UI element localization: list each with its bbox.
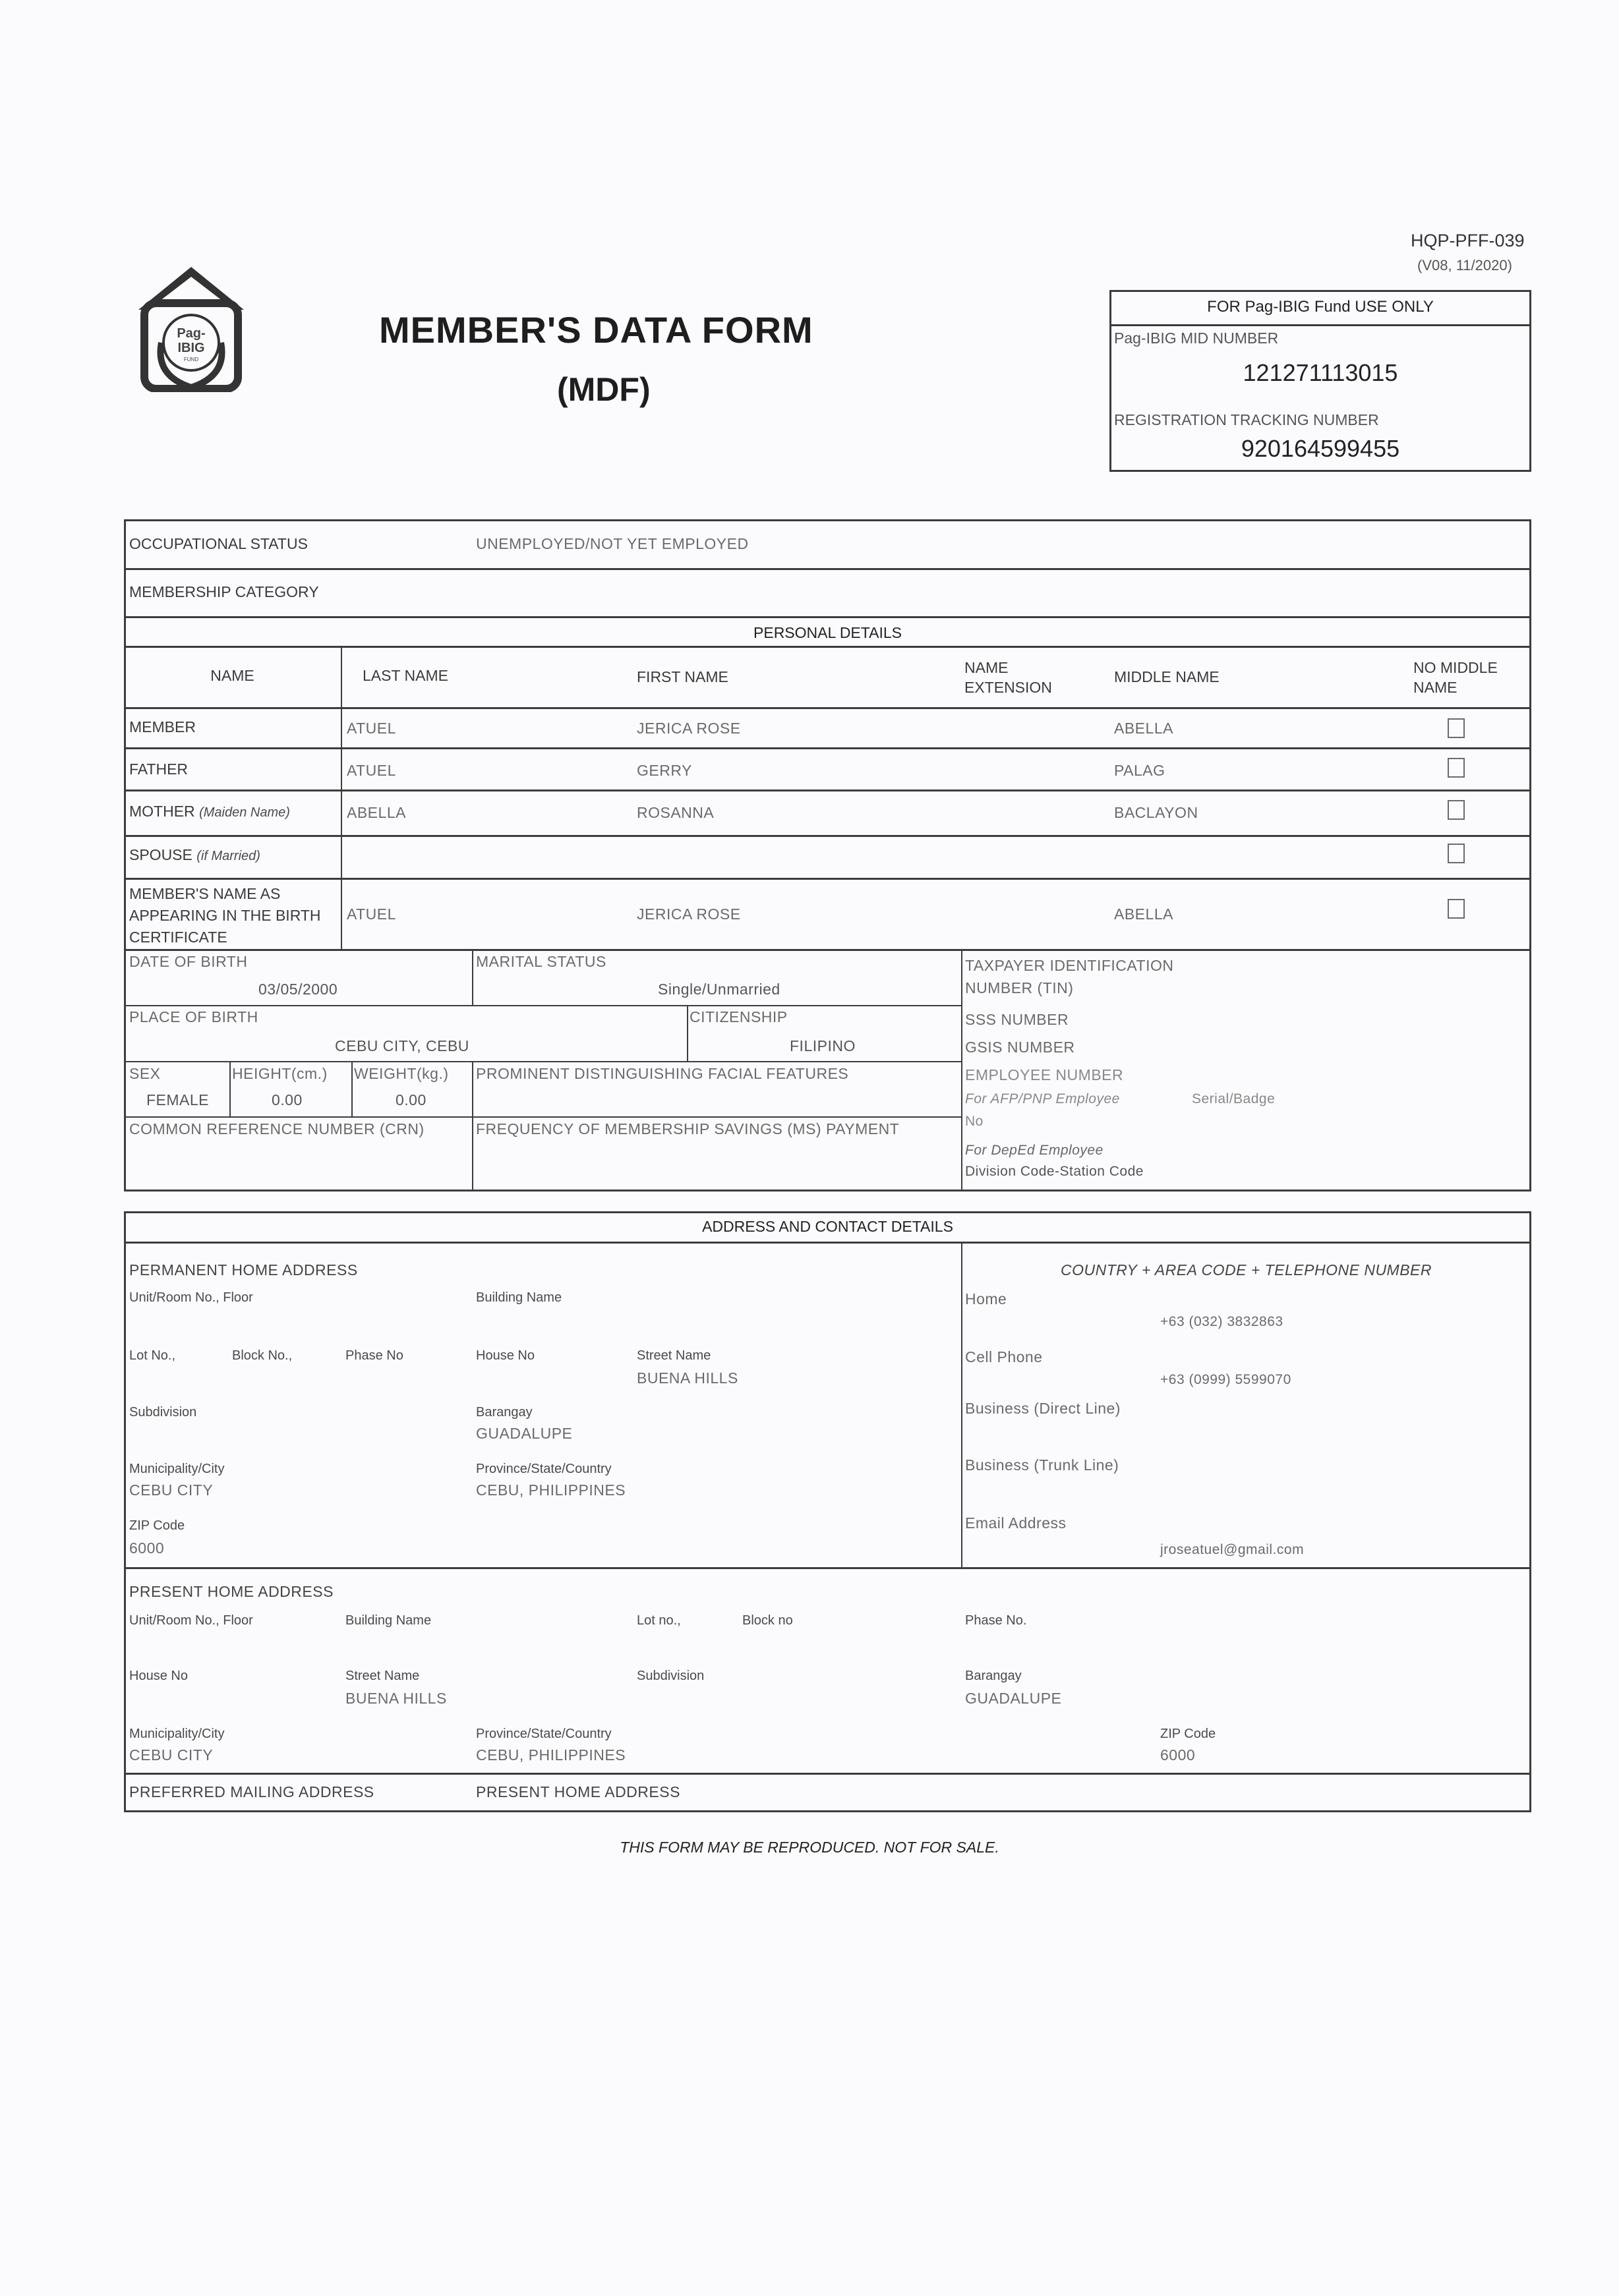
birth-cert-label-3: CERTIFICATE bbox=[129, 927, 321, 948]
father-last-name[interactable]: ATUEL bbox=[347, 762, 396, 780]
personal-details-heading: PERSONAL DETAILS bbox=[124, 624, 1531, 642]
form-title: MEMBER'S DATA FORM bbox=[379, 308, 813, 351]
contact-format-header: COUNTRY + AREA CODE + TELEPHONE NUMBER bbox=[961, 1261, 1531, 1279]
perm-barangay-label: Barangay bbox=[476, 1405, 533, 1420]
member-middle-name[interactable]: ABELLA bbox=[1114, 720, 1173, 737]
facial-features-label: PROMINENT DISTINGUISHING FACIAL FEATURES bbox=[476, 1065, 848, 1083]
svg-text:IBIG: IBIG bbox=[177, 341, 204, 355]
perm-city-value[interactable]: CEBU CITY bbox=[129, 1481, 213, 1499]
divider bbox=[351, 1061, 353, 1116]
perm-block-label: Block No., bbox=[232, 1348, 292, 1363]
col-first-name: FIRST NAME bbox=[637, 668, 728, 686]
pres-subdivision-label: Subdivision bbox=[637, 1669, 704, 1684]
perm-subdivision-label: Subdivision bbox=[129, 1405, 196, 1420]
divider bbox=[961, 1242, 962, 1568]
home-phone-value[interactable]: +63 (032) 3832863 bbox=[1160, 1314, 1283, 1330]
citizenship-value[interactable]: FILIPINO bbox=[790, 1037, 856, 1055]
row-spouse-label: SPOUSE (if Married) bbox=[129, 846, 260, 864]
pres-province-label: Province/State/Country bbox=[476, 1727, 612, 1742]
perm-zip-label: ZIP Code bbox=[129, 1518, 185, 1534]
perm-province-label: Province/State/Country bbox=[476, 1462, 612, 1477]
perm-street-value[interactable]: BUENA HILLS bbox=[637, 1369, 738, 1387]
pres-zip-value[interactable]: 6000 bbox=[1160, 1746, 1195, 1764]
divider bbox=[229, 1061, 231, 1116]
perm-province-value[interactable]: CEBU, PHILIPPINES bbox=[476, 1481, 626, 1499]
pres-house-label: House No bbox=[129, 1669, 188, 1684]
row-father-label: FATHER bbox=[129, 761, 188, 778]
perm-zip-value[interactable]: 6000 bbox=[129, 1539, 164, 1557]
col-last-name: LAST NAME bbox=[363, 667, 448, 685]
height-value[interactable]: 0.00 bbox=[272, 1091, 303, 1109]
present-address-title: PRESENT HOME ADDRESS bbox=[129, 1583, 334, 1601]
mother-first-name[interactable]: ROSANNA bbox=[637, 804, 714, 822]
divider bbox=[124, 949, 1531, 951]
perm-unit-label: Unit/Room No., Floor bbox=[129, 1290, 253, 1306]
personal-section-box bbox=[124, 519, 1531, 1191]
afp-pnp-label: For AFP/PNP Employee bbox=[965, 1091, 1120, 1107]
perm-lot-label: Lot No., bbox=[129, 1348, 175, 1363]
divider bbox=[124, 1567, 1531, 1569]
spouse-no-middle-checkbox[interactable] bbox=[1448, 844, 1465, 863]
pres-building-label: Building Name bbox=[345, 1613, 431, 1628]
spouse-label-note: (if Married) bbox=[196, 849, 260, 863]
row-mother-label: MOTHER (Maiden Name) bbox=[129, 803, 290, 820]
mother-no-middle-checkbox[interactable] bbox=[1448, 800, 1465, 820]
weight-value[interactable]: 0.00 bbox=[396, 1091, 427, 1109]
weight-label: WEIGHT(kg.) bbox=[354, 1065, 449, 1083]
crn-label: COMMON REFERENCE NUMBER (CRN) bbox=[129, 1120, 425, 1138]
perm-city-label: Municipality/City bbox=[129, 1462, 224, 1477]
business-direct-label: Business (Direct Line) bbox=[965, 1400, 1121, 1418]
divider bbox=[687, 1005, 688, 1061]
perm-house-label: House No bbox=[476, 1348, 535, 1363]
membership-category-label: MEMBERSHIP CATEGORY bbox=[129, 583, 319, 601]
pres-lot-label: Lot no., bbox=[637, 1613, 681, 1628]
email-label: Email Address bbox=[965, 1514, 1067, 1532]
divider bbox=[124, 1773, 1531, 1775]
divider bbox=[124, 1005, 961, 1006]
perm-barangay-value[interactable]: GUADALUPE bbox=[476, 1425, 572, 1443]
pres-province-value[interactable]: CEBU, PHILIPPINES bbox=[476, 1746, 626, 1764]
divider bbox=[124, 568, 1531, 570]
mid-number-value[interactable]: 121271113015 bbox=[1109, 359, 1531, 387]
form-version: (V08, 11/2020) bbox=[1417, 257, 1512, 274]
col-no-middle-1: NO MIDDLE bbox=[1413, 659, 1498, 677]
row-member-label: MEMBER bbox=[129, 718, 196, 736]
perm-building-label: Building Name bbox=[476, 1290, 562, 1306]
serial-badge-label-2: No bbox=[965, 1114, 984, 1130]
home-phone-label: Home bbox=[965, 1290, 1007, 1308]
pres-street-label: Street Name bbox=[345, 1669, 419, 1684]
deped-label: For DepEd Employee bbox=[965, 1143, 1104, 1159]
tin-label-1: TAXPAYER IDENTIFICATION bbox=[965, 957, 1174, 975]
pagibig-house-logo-icon: Pag- IBIG FUND bbox=[135, 264, 247, 392]
perm-street-label: Street Name bbox=[637, 1348, 711, 1363]
sex-label: SEX bbox=[129, 1065, 161, 1083]
pres-block-label: Block no bbox=[742, 1613, 793, 1628]
birth-cert-label-1: MEMBER'S NAME AS bbox=[129, 883, 321, 905]
col-middle-name: MIDDLE NAME bbox=[1114, 668, 1220, 686]
tin-label-2: NUMBER (TIN) bbox=[965, 979, 1073, 997]
gsis-label: GSIS NUMBER bbox=[965, 1039, 1075, 1056]
dob-value[interactable]: 03/05/2000 bbox=[258, 981, 338, 998]
form-code: HQP-PFF-039 bbox=[1411, 231, 1525, 251]
divider bbox=[961, 949, 962, 1191]
tracking-number-label: REGISTRATION TRACKING NUMBER bbox=[1114, 411, 1379, 429]
divider bbox=[124, 835, 1531, 837]
tracking-number-value[interactable]: 920164599455 bbox=[1109, 435, 1531, 463]
divider bbox=[124, 616, 1531, 618]
mother-label-note: (Maiden Name) bbox=[199, 805, 290, 820]
col-name: NAME bbox=[124, 667, 341, 685]
row-birth-cert-label: MEMBER'S NAME AS APPEARING IN THE BIRTH … bbox=[129, 883, 321, 948]
col-no-middle-2: NAME bbox=[1413, 679, 1457, 697]
sex-value[interactable]: FEMALE bbox=[146, 1091, 209, 1109]
pres-barangay-label: Barangay bbox=[965, 1669, 1022, 1684]
serial-badge-label-1: Serial/Badge bbox=[1192, 1091, 1275, 1107]
father-middle-name[interactable]: PALAG bbox=[1114, 762, 1165, 780]
divider bbox=[124, 747, 1531, 749]
mother-last-name[interactable]: ABELLA bbox=[347, 804, 406, 822]
address-heading: ADDRESS AND CONTACT DETAILS bbox=[124, 1218, 1531, 1236]
reproduction-notice: THIS FORM MAY BE REPRODUCED. NOT FOR SAL… bbox=[0, 1839, 1619, 1856]
pob-label: PLACE OF BIRTH bbox=[129, 1008, 258, 1026]
birth-cert-label-2: APPEARING IN THE BIRTH bbox=[129, 905, 321, 927]
marital-status-label: MARITAL STATUS bbox=[476, 953, 606, 971]
occupational-status-value[interactable]: UNEMPLOYED/NOT YET EMPLOYED bbox=[476, 535, 749, 553]
business-trunk-label: Business (Trunk Line) bbox=[965, 1456, 1119, 1474]
office-use-title: FOR Pag-IBIG Fund USE ONLY bbox=[1109, 298, 1531, 316]
pres-unit-label: Unit/Room No., Floor bbox=[129, 1613, 253, 1628]
ms-frequency-label: FREQUENCY OF MEMBERSHIP SAVINGS (MS) PAY… bbox=[476, 1120, 899, 1138]
sss-label: SSS NUMBER bbox=[965, 1011, 1069, 1029]
birth-cert-first-name[interactable]: JERICA ROSE bbox=[637, 905, 741, 923]
birth-cert-no-middle-checkbox[interactable] bbox=[1448, 899, 1465, 919]
divider bbox=[1109, 324, 1531, 326]
dob-label: DATE OF BIRTH bbox=[129, 953, 247, 971]
occupational-status-label: OCCUPATIONAL STATUS bbox=[129, 535, 308, 553]
divider bbox=[472, 949, 473, 1005]
cell-phone-label: Cell Phone bbox=[965, 1348, 1043, 1366]
marital-status-value[interactable]: Single/Unmarried bbox=[658, 981, 780, 998]
height-label: HEIGHT(cm.) bbox=[232, 1065, 328, 1083]
birth-cert-middle-name[interactable]: ABELLA bbox=[1114, 905, 1173, 923]
divider bbox=[124, 1116, 961, 1118]
mother-middle-name[interactable]: BACLAYON bbox=[1114, 804, 1198, 822]
father-first-name[interactable]: GERRY bbox=[637, 762, 692, 780]
col-name-extension-2: EXTENSION bbox=[964, 679, 1052, 697]
svg-text:Pag-: Pag- bbox=[177, 326, 205, 341]
cell-phone-value[interactable]: +63 (0999) 5599070 bbox=[1160, 1372, 1291, 1388]
divider bbox=[472, 1061, 473, 1191]
mother-label-text: MOTHER bbox=[129, 803, 195, 820]
address-section-box bbox=[124, 1211, 1531, 1812]
mailing-address-label: PREFERRED MAILING ADDRESS bbox=[129, 1783, 374, 1801]
pres-phase-label: Phase No. bbox=[965, 1613, 1026, 1628]
email-value[interactable]: jroseatuel@gmail.com bbox=[1160, 1542, 1304, 1558]
mailing-address-value[interactable]: PRESENT HOME ADDRESS bbox=[476, 1783, 680, 1801]
member-first-name[interactable]: JERICA ROSE bbox=[637, 720, 741, 737]
member-no-middle-checkbox[interactable] bbox=[1448, 718, 1465, 738]
divider bbox=[341, 646, 342, 950]
pob-value[interactable]: CEBU CITY, CEBU bbox=[335, 1037, 469, 1055]
mid-number-label: Pag-IBIG MID NUMBER bbox=[1114, 330, 1278, 347]
division-station-label: Division Code-Station Code bbox=[965, 1164, 1144, 1180]
pres-street-value[interactable]: BUENA HILLS bbox=[345, 1690, 447, 1708]
birth-cert-last-name[interactable]: ATUEL bbox=[347, 905, 396, 923]
citizenship-label: CITIZENSHIP bbox=[690, 1008, 788, 1026]
divider bbox=[124, 707, 1531, 709]
divider bbox=[124, 878, 1531, 880]
svg-text:FUND: FUND bbox=[184, 357, 198, 362]
spouse-label-text: SPOUSE bbox=[129, 846, 192, 863]
father-no-middle-checkbox[interactable] bbox=[1448, 758, 1465, 778]
divider bbox=[124, 1242, 1531, 1244]
pres-barangay-value[interactable]: GUADALUPE bbox=[965, 1690, 1061, 1708]
employee-number-label: EMPLOYEE NUMBER bbox=[965, 1066, 1123, 1084]
form-subtitle: (MDF) bbox=[557, 370, 651, 409]
member-last-name[interactable]: ATUEL bbox=[347, 720, 396, 737]
col-name-extension-1: NAME bbox=[964, 659, 1008, 677]
pres-city-label: Municipality/City bbox=[129, 1727, 224, 1742]
pres-zip-label: ZIP Code bbox=[1160, 1727, 1216, 1742]
perm-phase-label: Phase No bbox=[345, 1348, 403, 1363]
divider bbox=[124, 646, 1531, 648]
permanent-address-title: PERMANENT HOME ADDRESS bbox=[129, 1261, 358, 1279]
divider bbox=[124, 789, 1531, 791]
divider bbox=[124, 1061, 961, 1062]
pres-city-value[interactable]: CEBU CITY bbox=[129, 1746, 213, 1764]
